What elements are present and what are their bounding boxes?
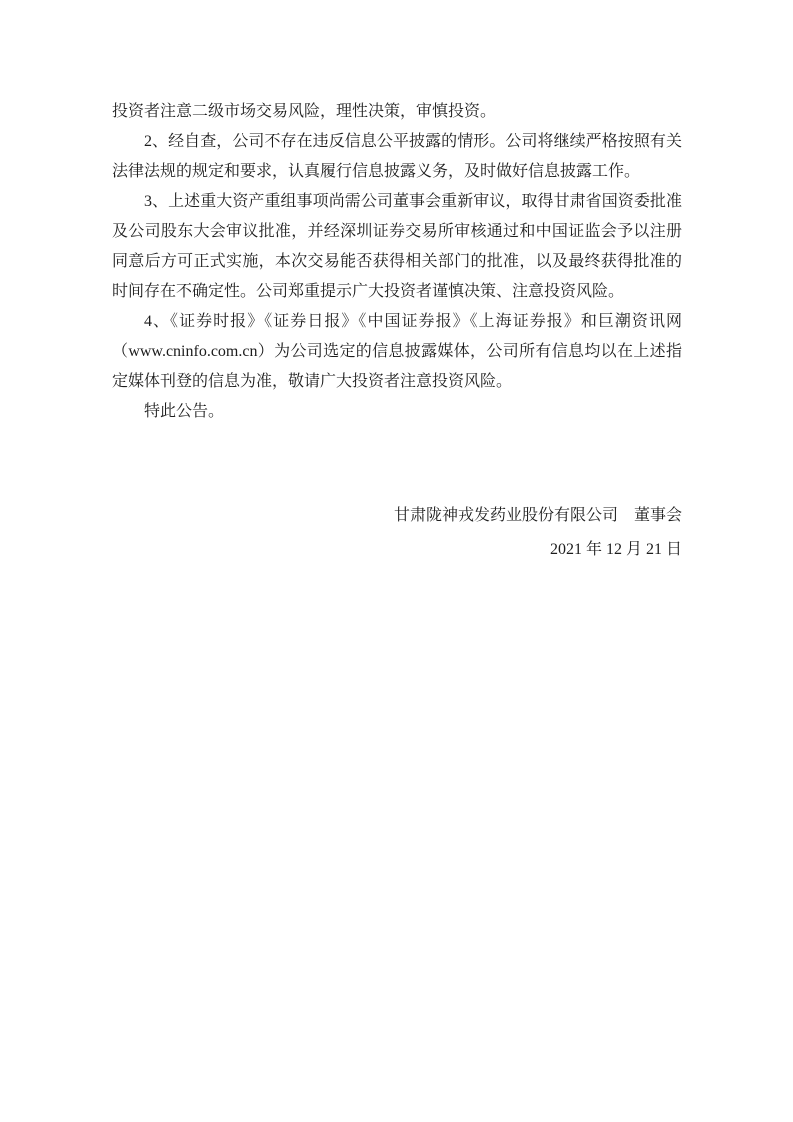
signature-date: 2021 年 12 月 21 日: [112, 535, 682, 565]
signature-company: 甘肃陇神戎发药业股份有限公司 董事会: [112, 501, 682, 531]
body-line: 时间存在不确定性。公司郑重提示广大投资者谨慎决策、注意投资风险。: [112, 277, 682, 307]
announcement-page: 投资者注意二级市场交易风险，理性决策，审慎投资。 2、经自查，公司不存在违反信息…: [0, 0, 793, 1122]
body-line: 3、上述重大资产重组事项尚需公司董事会重新审议，取得甘肃省国资委批准: [112, 187, 682, 217]
body-line: 2、经自查，公司不存在违反信息公平披露的情形。公司将继续严格按照有关: [112, 127, 682, 157]
announcement-body: 投资者注意二级市场交易风险，理性决策，审慎投资。 2、经自查，公司不存在违反信息…: [112, 97, 682, 565]
signature-block: 甘肃陇神戎发药业股份有限公司 董事会 2021 年 12 月 21 日: [112, 501, 682, 565]
body-line: 4、《证券时报》《证券日报》《中国证券报》《上海证券报》和巨潮资讯网: [112, 307, 682, 337]
closing-statement: 特此公告。: [112, 397, 682, 427]
body-line: 法律法规的规定和要求，认真履行信息披露义务，及时做好信息披露工作。: [112, 157, 682, 187]
body-line: 同意后方可正式实施，本次交易能否获得相关部门的批准，以及最终获得批准的: [112, 247, 682, 277]
body-line: 及公司股东大会审议批准，并经深圳证券交易所审核通过和中国证监会予以注册: [112, 217, 682, 247]
body-line: 定媒体刊登的信息为准，敬请广大投资者注意投资风险。: [112, 367, 682, 397]
body-line: （www.cninfo.com.cn）为公司选定的信息披露媒体，公司所有信息均以…: [112, 337, 682, 367]
body-line: 投资者注意二级市场交易风险，理性决策，审慎投资。: [112, 97, 682, 127]
